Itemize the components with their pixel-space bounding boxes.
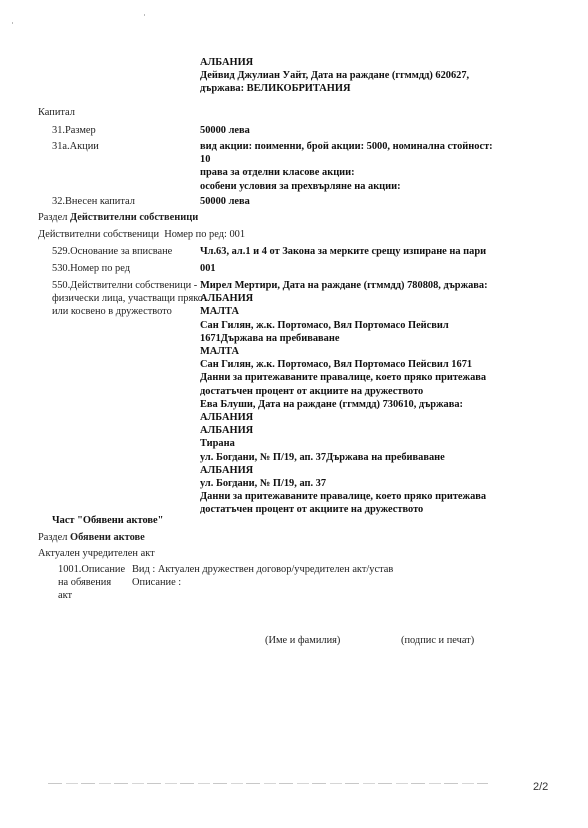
section-prefix: Раздел <box>38 532 67 543</box>
owners-line: АЛБАНИЯ <box>200 411 540 424</box>
shares-value: вид акции: поименни, брой акции: 5000, н… <box>200 140 540 193</box>
shares-line: вид акции: поименни, брой акции: 5000, н… <box>200 140 540 153</box>
paid-capital-label: 32.Внесен капитал <box>52 195 135 208</box>
description-value-line: Описание : <box>132 576 393 589</box>
paid-capital-value: 50000 лева <box>200 195 540 208</box>
size-label: 31.Размер <box>52 124 96 137</box>
shares-label: 31а.Акции <box>52 140 99 153</box>
owners-line: ул. Богдани, № П/19, ап. 37 <box>200 477 540 490</box>
header-continuation: АЛБАНИЯ Дейвид Джулиан Уайт, Дата на раж… <box>200 56 540 96</box>
description-value: Вид : Актуален дружествен договор/учреди… <box>132 563 393 589</box>
header-line: държава: ВЕЛИКОБРИТАНИЯ <box>200 82 540 95</box>
owners-line: МАЛТА <box>200 305 540 318</box>
declared-acts-part-title: Част "Обявени актове" <box>52 514 163 527</box>
order-number-value: 001 <box>200 262 540 275</box>
shares-line: права за отделни класове акции: <box>200 166 540 179</box>
header-line: АЛБАНИЯ <box>200 56 540 69</box>
declared-acts-section-heading: Раздел Обявени актове <box>38 531 145 544</box>
owners-line: Данни за притежаваните правалице, което … <box>200 490 540 503</box>
owners-label-line: или косвено в дружеството <box>52 305 203 318</box>
section-title: Действителни собственици <box>70 212 198 223</box>
description-label: 1001.Описание на обявения акт <box>58 563 125 603</box>
owners-line: ул. Богдани, № П/19, ап. 37Държава на пр… <box>200 451 540 464</box>
header-line: Дейвид Джулиан Уайт, Дата на раждане (гг… <box>200 69 540 82</box>
owners-label-line: физически лица, участващи пряко <box>52 292 203 305</box>
capital-heading: Капитал <box>38 106 75 119</box>
name-caption: (Име и фамилия) <box>265 635 340 646</box>
shares-line: особени условия за прехвърляне на акции: <box>200 180 540 193</box>
owners-line: Тирана <box>200 437 540 450</box>
owners-line: АЛБАНИЯ <box>200 292 540 305</box>
order-number-label: 530.Номер по ред <box>52 262 130 275</box>
owners-line: Сан Гилян, ж.к. Портомасо, Вял Портомасо… <box>200 358 540 371</box>
owners-value: Мирел Мертири, Дата на раждане (ггммдд) … <box>200 279 540 517</box>
page-number: 2/2 <box>533 781 548 793</box>
beneficial-owners-section-heading: Раздел Действителни собственици <box>38 211 198 224</box>
owners-label-line: 550.Действителни собственици - <box>52 279 203 292</box>
section-prefix: Раздел <box>38 212 67 223</box>
owners-line: достатъчен процент от акциите на дружест… <box>200 385 540 398</box>
scan-speck <box>12 22 13 24</box>
footer-divider <box>48 783 488 784</box>
description-label-line: 1001.Описание <box>58 563 125 576</box>
shares-line: 10 <box>200 153 540 166</box>
beneficial-owners-subheading: Действителни собственици Номер по ред: 0… <box>38 228 245 241</box>
owners-line: Сан Гилян, ж.к. Портомасо, Вял Портомасо… <box>200 319 540 332</box>
size-value: 50000 лева <box>200 124 540 137</box>
section-title: Обявени актове <box>70 532 145 543</box>
owners-line: МАЛТА <box>200 345 540 358</box>
signature-caption: (подпис и печат) <box>401 635 474 646</box>
description-value-line: Вид : Актуален дружествен договор/учреди… <box>132 563 393 576</box>
owners-line: Данни за притежаваните правалице, което … <box>200 371 540 384</box>
owners-line: Ева Блуши, Дата на раждане (ггммдд) 7306… <box>200 398 540 411</box>
description-label-line: акт <box>58 589 125 602</box>
owners-line: 1671Държава на пребиваване <box>200 332 540 345</box>
owners-line: достатъчен процент от акциите на дружест… <box>200 503 540 516</box>
basis-label: 529.Основание за вписване <box>52 245 172 258</box>
owners-label: 550.Действителни собственици - физически… <box>52 279 203 319</box>
scan-speck <box>144 14 145 16</box>
description-label-line: на обявения <box>58 576 125 589</box>
basis-value: Чл.63, ал.1 и 4 от Закона за мерките сре… <box>200 245 540 258</box>
owners-line: АЛБАНИЯ <box>200 424 540 437</box>
declared-acts-subheading: Актуален учредителен акт <box>38 547 155 560</box>
owners-line: Мирел Мертири, Дата на раждане (ггммдд) … <box>200 279 540 292</box>
owners-line: АЛБАНИЯ <box>200 464 540 477</box>
